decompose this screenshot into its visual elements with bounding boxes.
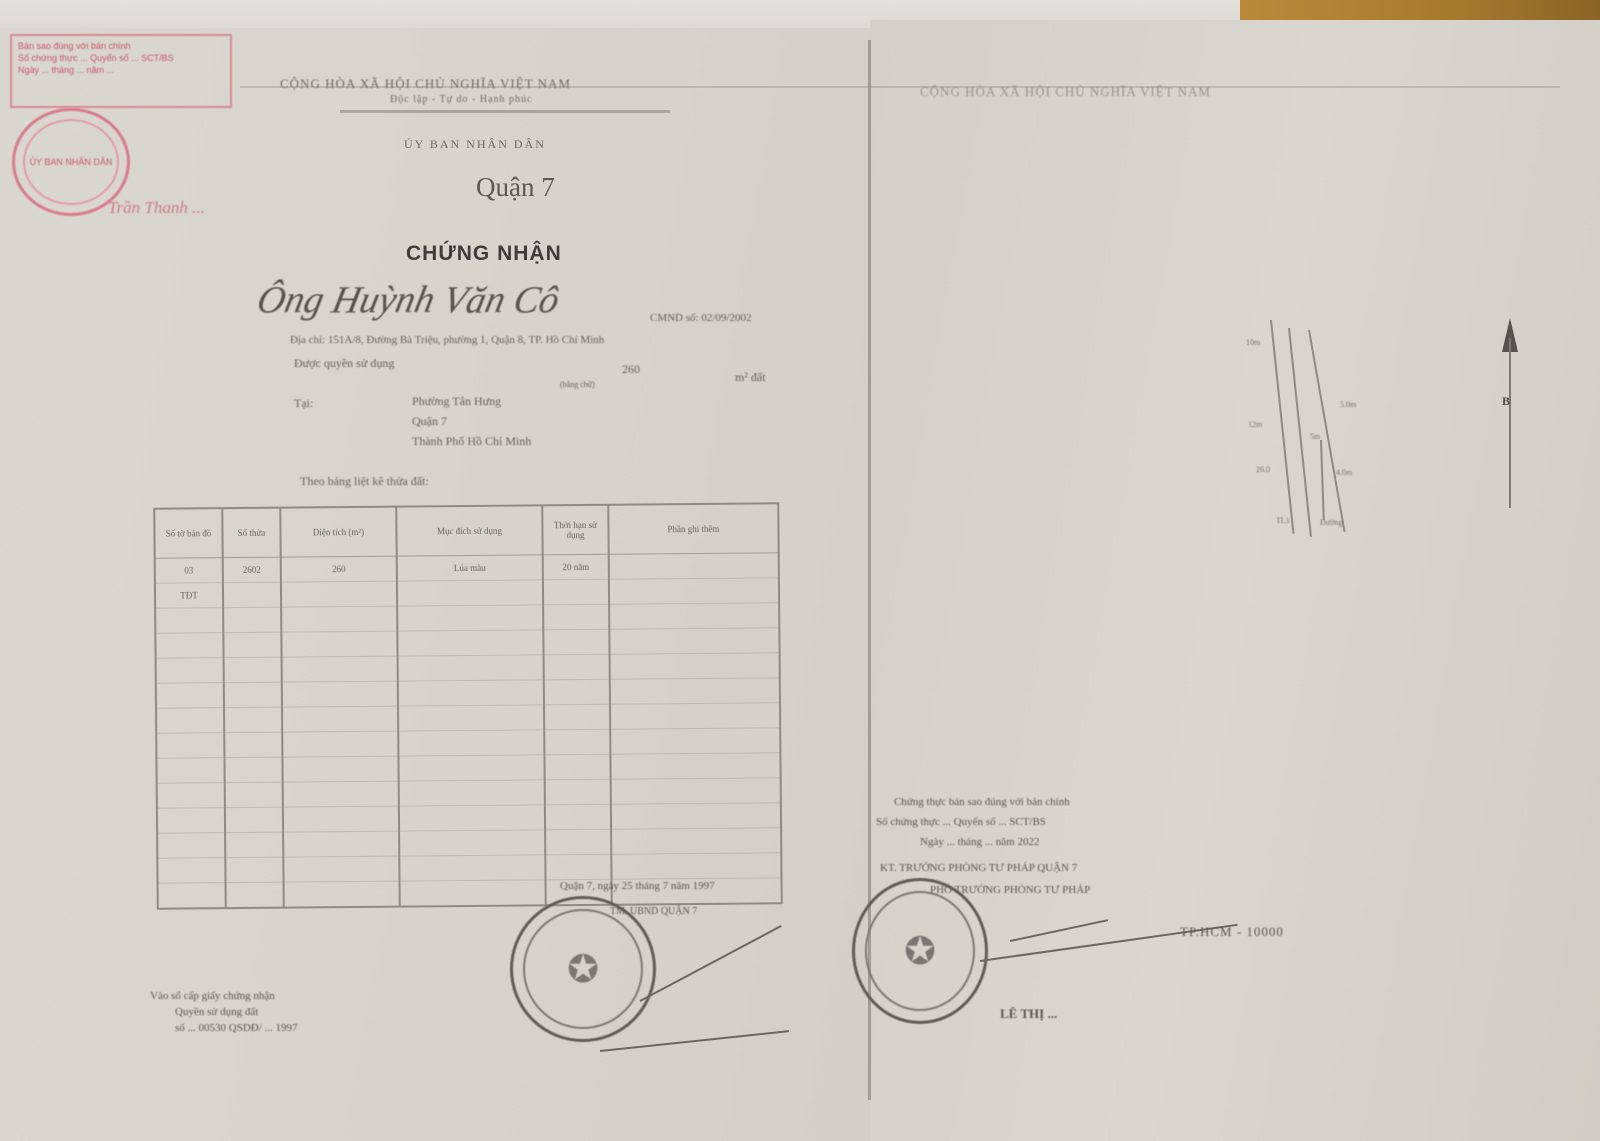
cell-map-sheet: 03 — [155, 558, 223, 584]
map-label: 4.0m — [1336, 468, 1352, 477]
issue-date-line: Quận 7, ngày 25 tháng 7 năm 1997 — [560, 880, 715, 892]
copy-certification-line-2: Số chứng thực ... Quyển số ... SCT/BS — [876, 816, 1046, 828]
plot-sketch-map: 10m 5.0m 12m 26.0 4.0m 5m TL1 Đường — [1240, 320, 1370, 540]
map-label: 5.0m — [1340, 400, 1356, 409]
cell-duration: 20 năm — [543, 554, 609, 580]
registry-book-label: Quyền sử dụng đất — [175, 1006, 258, 1018]
location-label: Tại: — [294, 396, 313, 411]
registry-label: Vào sổ cấp giấy chứng nhận — [150, 990, 275, 1002]
owner-address: Địa chỉ: 151A/8, Đường Bà Triệu, phường … — [290, 334, 604, 346]
table-header-row: Số tờ bản đồ Số thửa Diện tích (m²) Mục … — [154, 503, 778, 558]
cell-area — [281, 581, 397, 607]
col-notes: Phần ghi thêm — [608, 503, 778, 554]
red-stamp-line-3: Ngày ... tháng ... năm ... — [18, 64, 224, 76]
map-label: 5m — [1310, 432, 1320, 441]
north-arrow-icon: B — [1500, 318, 1520, 508]
location-district: Quận 7 — [412, 414, 447, 429]
red-signature: Trần Thanh ... — [108, 198, 205, 218]
district-name: Quận 7 — [476, 172, 555, 203]
north-label: B — [1502, 394, 1510, 409]
owner-name: Ông Huỳnh Văn Cô — [253, 278, 563, 322]
land-use-label: Được quyền sử dụng — [294, 356, 394, 371]
cell-duration — [543, 579, 609, 605]
area-note: (bằng chữ) — [560, 380, 595, 389]
col-duration: Thời hạn sử dụng — [542, 505, 608, 555]
national-motto: Độc lập - Tự do - Hạnh phúc — [390, 94, 532, 105]
copy-certification-line-4: KT. TRƯỞNG PHÒNG TƯ PHÁP QUẬN 7 — [880, 862, 1077, 874]
map-label: Đường — [1320, 518, 1342, 527]
col-purpose: Mục đích sử dụng — [396, 505, 542, 556]
red-seal-text: ỦY BAN NHÂN DÂN — [30, 157, 113, 167]
id-number: CMND số: 02/09/2002 — [650, 312, 751, 324]
col-map-sheet: Số tờ bản đồ — [154, 508, 222, 558]
map-boundary-line — [1308, 330, 1346, 532]
cell-map-sheet: TĐT — [155, 583, 223, 609]
cell-plot-number: 2602 — [223, 557, 281, 583]
col-plot-number: Số thửa — [222, 508, 280, 558]
map-label: TL1 — [1276, 516, 1290, 525]
col-area: Diện tích (m²) — [280, 507, 396, 558]
plot-table: Số tờ bản đồ Số thửa Diện tích (m²) Mục … — [153, 502, 782, 909]
map-label: 26.0 — [1256, 465, 1270, 474]
map-boundary-line — [1320, 440, 1325, 520]
certificate-title: CHỨNG NHẬN — [406, 242, 562, 266]
north-arrow-stem — [1509, 338, 1511, 508]
copy-certification-line-1: Chứng thực bản sao đúng với bản chính — [894, 796, 1070, 808]
cell-purpose — [397, 580, 543, 606]
cell-notes — [609, 553, 779, 579]
national-header-band: CỘNG HÒA XÃ HỘI CHỦ NGHĨA VIỆT NAM Độc l… — [240, 60, 1570, 120]
map-label: 10m — [1246, 338, 1260, 347]
area-unit: m² đất — [735, 370, 766, 385]
cell-notes — [609, 578, 779, 604]
issuer-label: ỦY BAN NHÂN DÂN — [404, 137, 546, 152]
header-strike-line — [240, 86, 1560, 88]
judicial-office-seal-icon — [852, 878, 988, 1024]
national-title: CỘNG HÒA XÃ HỘI CHỦ NGHĨA VIỆT NAM — [280, 76, 571, 92]
location-city: Thành Phố Hồ Chí Minh — [412, 434, 531, 449]
plots-label: Theo bảng liệt kê thửa đất: — [300, 474, 429, 489]
cell-area: 260 — [281, 556, 397, 582]
stamp-code: TP.HCM - 10000 — [1180, 924, 1284, 940]
red-certification-stamp: Bản sao đúng với bản chính Số chứng thực… — [10, 34, 232, 108]
location-ward: Phường Tân Hưng — [412, 394, 501, 409]
cell-purpose: Lúa màu — [397, 555, 543, 581]
registry-number: số ... 00530 QSDĐ/ ... 1997 — [175, 1022, 298, 1034]
district-seal-icon — [510, 896, 656, 1042]
signer-name: LÊ THỊ ... — [1000, 1006, 1057, 1022]
map-label: 12m — [1248, 420, 1262, 429]
red-stamp-line-1: Bản sao đúng với bản chính — [18, 40, 224, 52]
copy-certification-line-3: Ngày ... tháng ... năm 2022 — [920, 836, 1039, 848]
cell-plot-number — [223, 582, 281, 608]
red-stamp-line-2: Số chứng thực ... Quyển số ... SCT/BS — [18, 52, 224, 64]
area-value: 260 — [622, 362, 640, 377]
right-header-text: CỘNG HÒA XÃ HỘI CHỦ NGHĨA VIỆT NAM — [920, 84, 1211, 100]
header-underline — [340, 110, 670, 113]
